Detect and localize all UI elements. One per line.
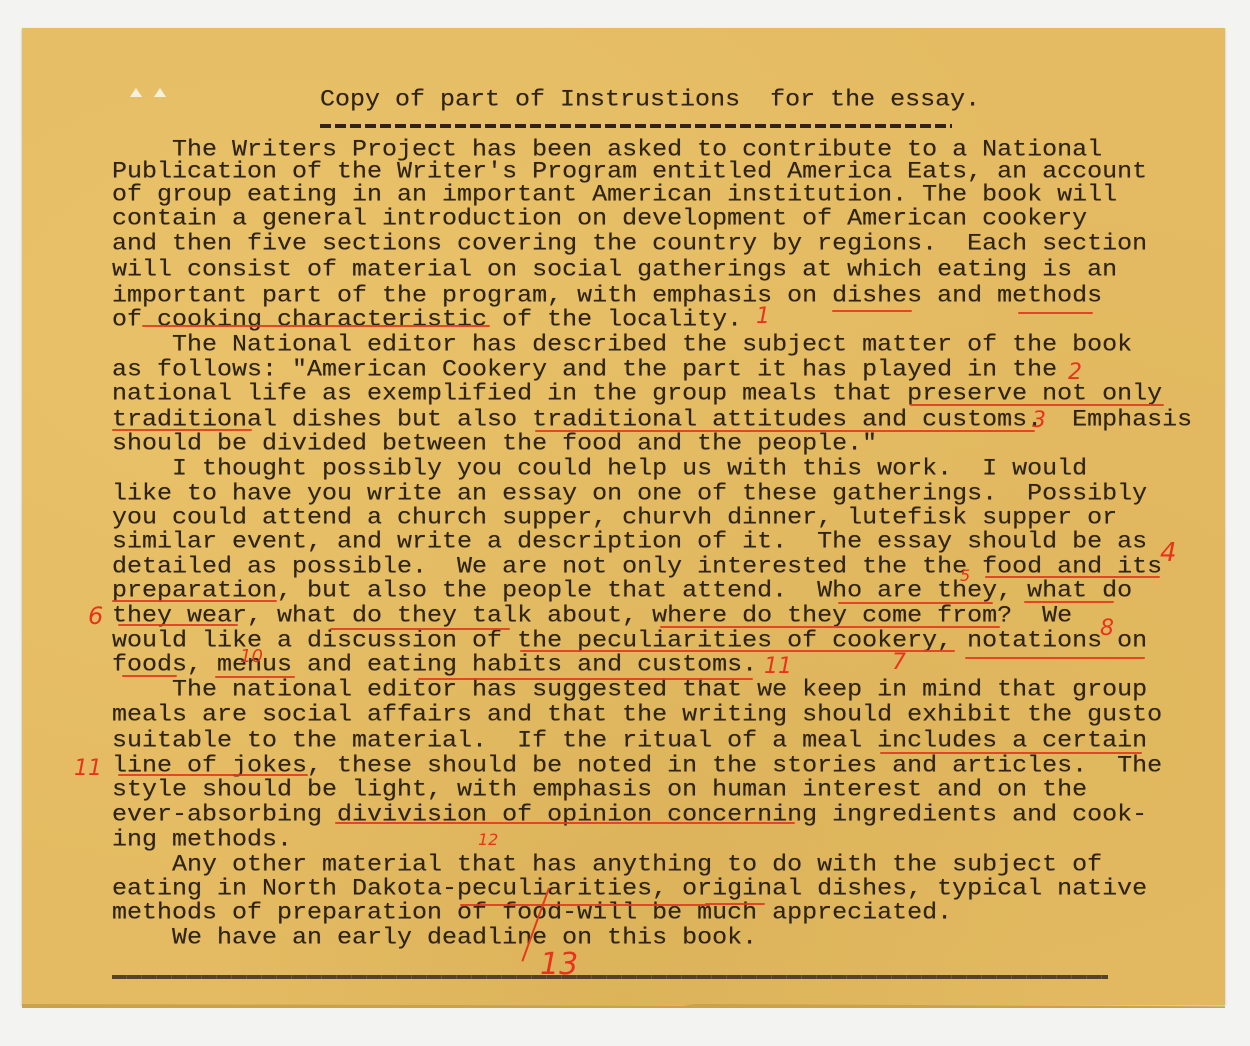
underline-menus bbox=[215, 676, 295, 678]
body-line: they wear, what do they talk about, wher… bbox=[112, 605, 1072, 627]
body-line: you could attend a church supper, churvh… bbox=[112, 507, 1117, 529]
body-line: suitable to the material. If the ritual … bbox=[112, 730, 1147, 752]
body-line: detailed as possible. We are not only in… bbox=[112, 556, 1162, 578]
underline-foods bbox=[122, 675, 177, 677]
body-line: foods, menus and eating habits and custo… bbox=[112, 654, 757, 676]
body-line: of cooking characteristic of the localit… bbox=[112, 309, 742, 331]
body-line: would like a discussion of the peculiari… bbox=[112, 630, 1147, 652]
underline-methods bbox=[1018, 312, 1093, 314]
annotation-number: 11 bbox=[764, 656, 792, 678]
underline-line-of-jokes bbox=[118, 774, 308, 776]
body-line: similar event, and write a description o… bbox=[112, 531, 1147, 553]
annotation-number: 6 bbox=[88, 604, 103, 628]
body-line: as follows: "American Cookery and the pa… bbox=[112, 359, 1057, 381]
body-line: ing methods. bbox=[112, 829, 292, 851]
body-line: preparation, but also the people that at… bbox=[112, 580, 1132, 602]
document-title: Copy of part of Instrustions for the ess… bbox=[320, 89, 980, 111]
body-line: We have an early deadline on this book. bbox=[112, 927, 757, 949]
underline-notations-on bbox=[965, 657, 1145, 659]
body-line: traditional dishes but also traditional … bbox=[112, 409, 1192, 431]
body-line: I thought possibly you could help us wit… bbox=[112, 458, 1087, 480]
body-line: Publication of the Writer's Program enti… bbox=[112, 161, 1147, 183]
body-line: The National editor has described the su… bbox=[112, 334, 1132, 356]
underline-dishes bbox=[832, 310, 912, 312]
body-line: national life as exemplified in the grou… bbox=[112, 383, 1162, 405]
body-line: of group eating in an important American… bbox=[112, 184, 1117, 206]
underline-preparation bbox=[112, 600, 277, 602]
underline-peculiarities bbox=[460, 904, 710, 906]
underline-they-wear bbox=[118, 624, 238, 626]
underline-what-do bbox=[1024, 601, 1114, 603]
bottom-typed-rule bbox=[112, 975, 1108, 979]
underline-division-of-opinion bbox=[335, 822, 795, 824]
underline-talk-about bbox=[330, 628, 510, 630]
underline-eating-habits bbox=[418, 678, 753, 680]
annotation-number: 7 bbox=[892, 652, 906, 674]
underline-food-and-its bbox=[985, 576, 1160, 578]
underline-traditional-attitudes bbox=[535, 430, 1035, 432]
underline-peculiarities-cookery bbox=[520, 650, 955, 652]
body-line: eating in North Dakota-peculiarities, or… bbox=[112, 878, 1147, 900]
title-dashed-rule bbox=[320, 124, 952, 128]
annotation-number: 4 bbox=[1160, 540, 1177, 566]
body-line: Any other material that has anything to … bbox=[112, 854, 1102, 876]
underline-come-from bbox=[660, 626, 1000, 628]
underline-traditional-dishes bbox=[112, 429, 252, 431]
body-line: The national editor has suggested that w… bbox=[112, 679, 1147, 701]
underline-includes-a-certain bbox=[880, 752, 1142, 754]
annotation-number: 10 bbox=[240, 648, 263, 666]
annotation-number: 2 bbox=[1068, 362, 1082, 384]
annotation-number: 3 bbox=[1032, 410, 1046, 432]
annotation-number: 5 bbox=[960, 568, 970, 584]
annotation-number: 1 bbox=[756, 306, 770, 328]
body-line: important part of the program, with emph… bbox=[112, 285, 1102, 307]
body-line: meals are social affairs and that the wr… bbox=[112, 704, 1162, 726]
underline-cooking-characteristic bbox=[142, 325, 490, 327]
annotation-number: 13 bbox=[540, 950, 578, 980]
annotation-number: 11 bbox=[74, 758, 102, 780]
body-line: style should be light, with emphasis on … bbox=[112, 779, 1087, 801]
body-line: and then five sections covering the coun… bbox=[112, 233, 1147, 255]
body-line: will consist of material on social gathe… bbox=[112, 259, 1117, 281]
body-line: like to have you write an essay on one o… bbox=[112, 483, 1147, 505]
underline-original bbox=[705, 903, 765, 905]
underline-who-are-they bbox=[838, 602, 993, 604]
annotation-number: 8 bbox=[1100, 618, 1114, 640]
annotation-number: 12 bbox=[478, 832, 498, 848]
paper-punch-marks bbox=[130, 88, 190, 102]
underline-preserve-not-only bbox=[910, 404, 1164, 406]
body-line: contain a general introduction on develo… bbox=[112, 208, 1087, 230]
body-line: should be divided between the food and t… bbox=[112, 433, 877, 455]
